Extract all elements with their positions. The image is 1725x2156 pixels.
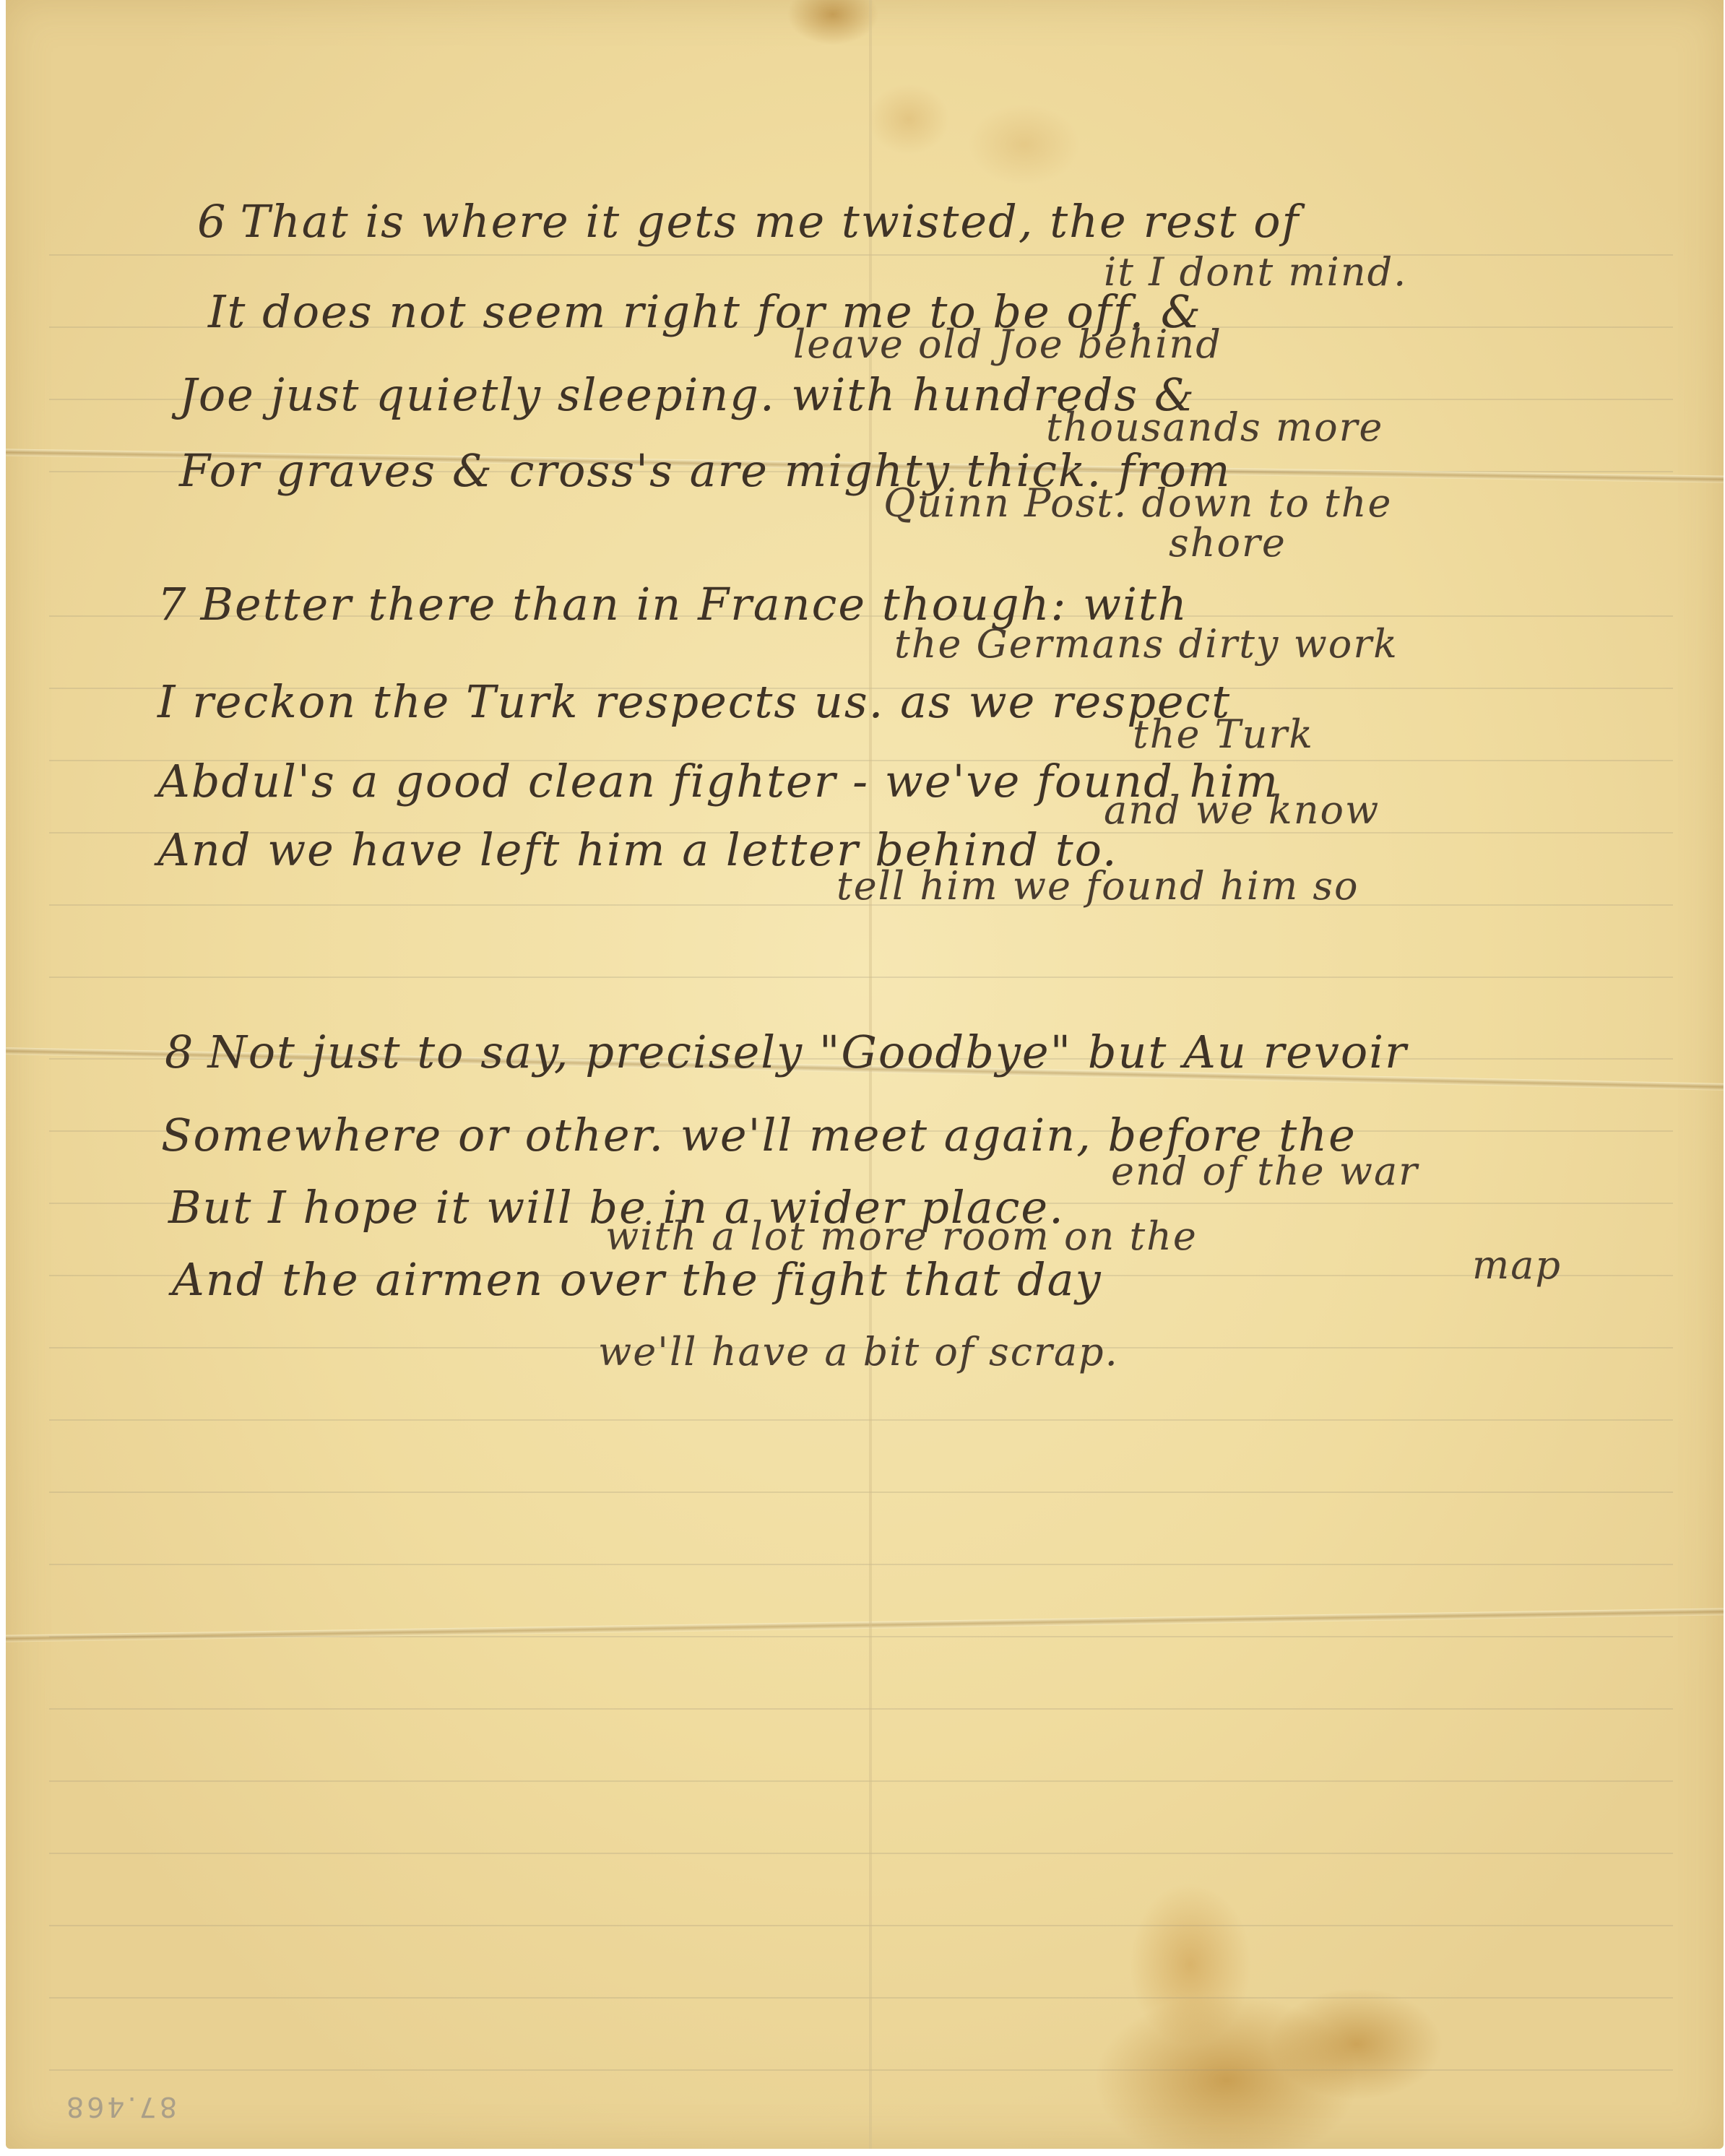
stanza-8-interlinear-3: with a lot more room on the: [605, 1213, 1198, 1259]
stanza-6-line-3: Joe just quietly sleeping. with hundreds…: [179, 368, 1196, 421]
ruled-line: [49, 1419, 1673, 1421]
stanza-8-interlinear-5: we'll have a bit of scrap.: [598, 1329, 1119, 1374]
stanza-7-interlinear-4: tell him we found him so: [836, 863, 1359, 909]
stanza-6-interlinear-2: leave old Joe behind: [793, 321, 1222, 367]
stanza-number: 8: [165, 1026, 194, 1078]
ruled-line: [49, 1708, 1673, 1710]
stanza-6-interlinear-5: shore: [1169, 520, 1287, 566]
ruled-line: [49, 1997, 1673, 1999]
stanza-7-interlinear-2: the Turk: [1133, 711, 1314, 757]
ruled-line: [49, 1564, 1673, 1565]
ruled-line: [49, 977, 1673, 978]
stanza-7-interlinear-3: and we know: [1104, 787, 1380, 833]
stanza-6-interlinear-4: Quinn Post. down to the: [883, 480, 1393, 526]
stanza-8-line-4: And the airmen over the fight that day: [172, 1253, 1102, 1306]
stanza-7-line-2: I reckon the Turk respects us. as we res…: [157, 675, 1231, 728]
stanza-8-line-1: 8Not just to say, precisely "Goodbye" bu…: [165, 1026, 1408, 1078]
stanza-number: 6: [197, 195, 227, 248]
letter-page: 6That is where it gets me twisted, the r…: [6, 0, 1724, 2149]
ruled-line: [49, 1780, 1673, 1782]
archive-number: 87.468: [64, 2091, 177, 2123]
stanza-6-line-1: 6That is where it gets me twisted, the r…: [197, 195, 1300, 248]
ruled-line: [49, 1492, 1673, 1493]
ruled-line: [49, 254, 1673, 256]
ruled-line: [49, 2069, 1673, 2071]
stanza-8-interlinear-4: map: [1472, 1242, 1562, 1288]
ruled-line: [49, 1925, 1673, 1926]
stanza-8-interlinear-2: end of the war: [1111, 1148, 1419, 1194]
stanza-6-interlinear-3: thousands more: [1046, 404, 1383, 450]
stanza-7-interlinear-1: the Germans dirty work: [894, 621, 1398, 667]
ruled-line: [49, 1853, 1673, 1854]
stanza-number: 7: [157, 578, 187, 631]
